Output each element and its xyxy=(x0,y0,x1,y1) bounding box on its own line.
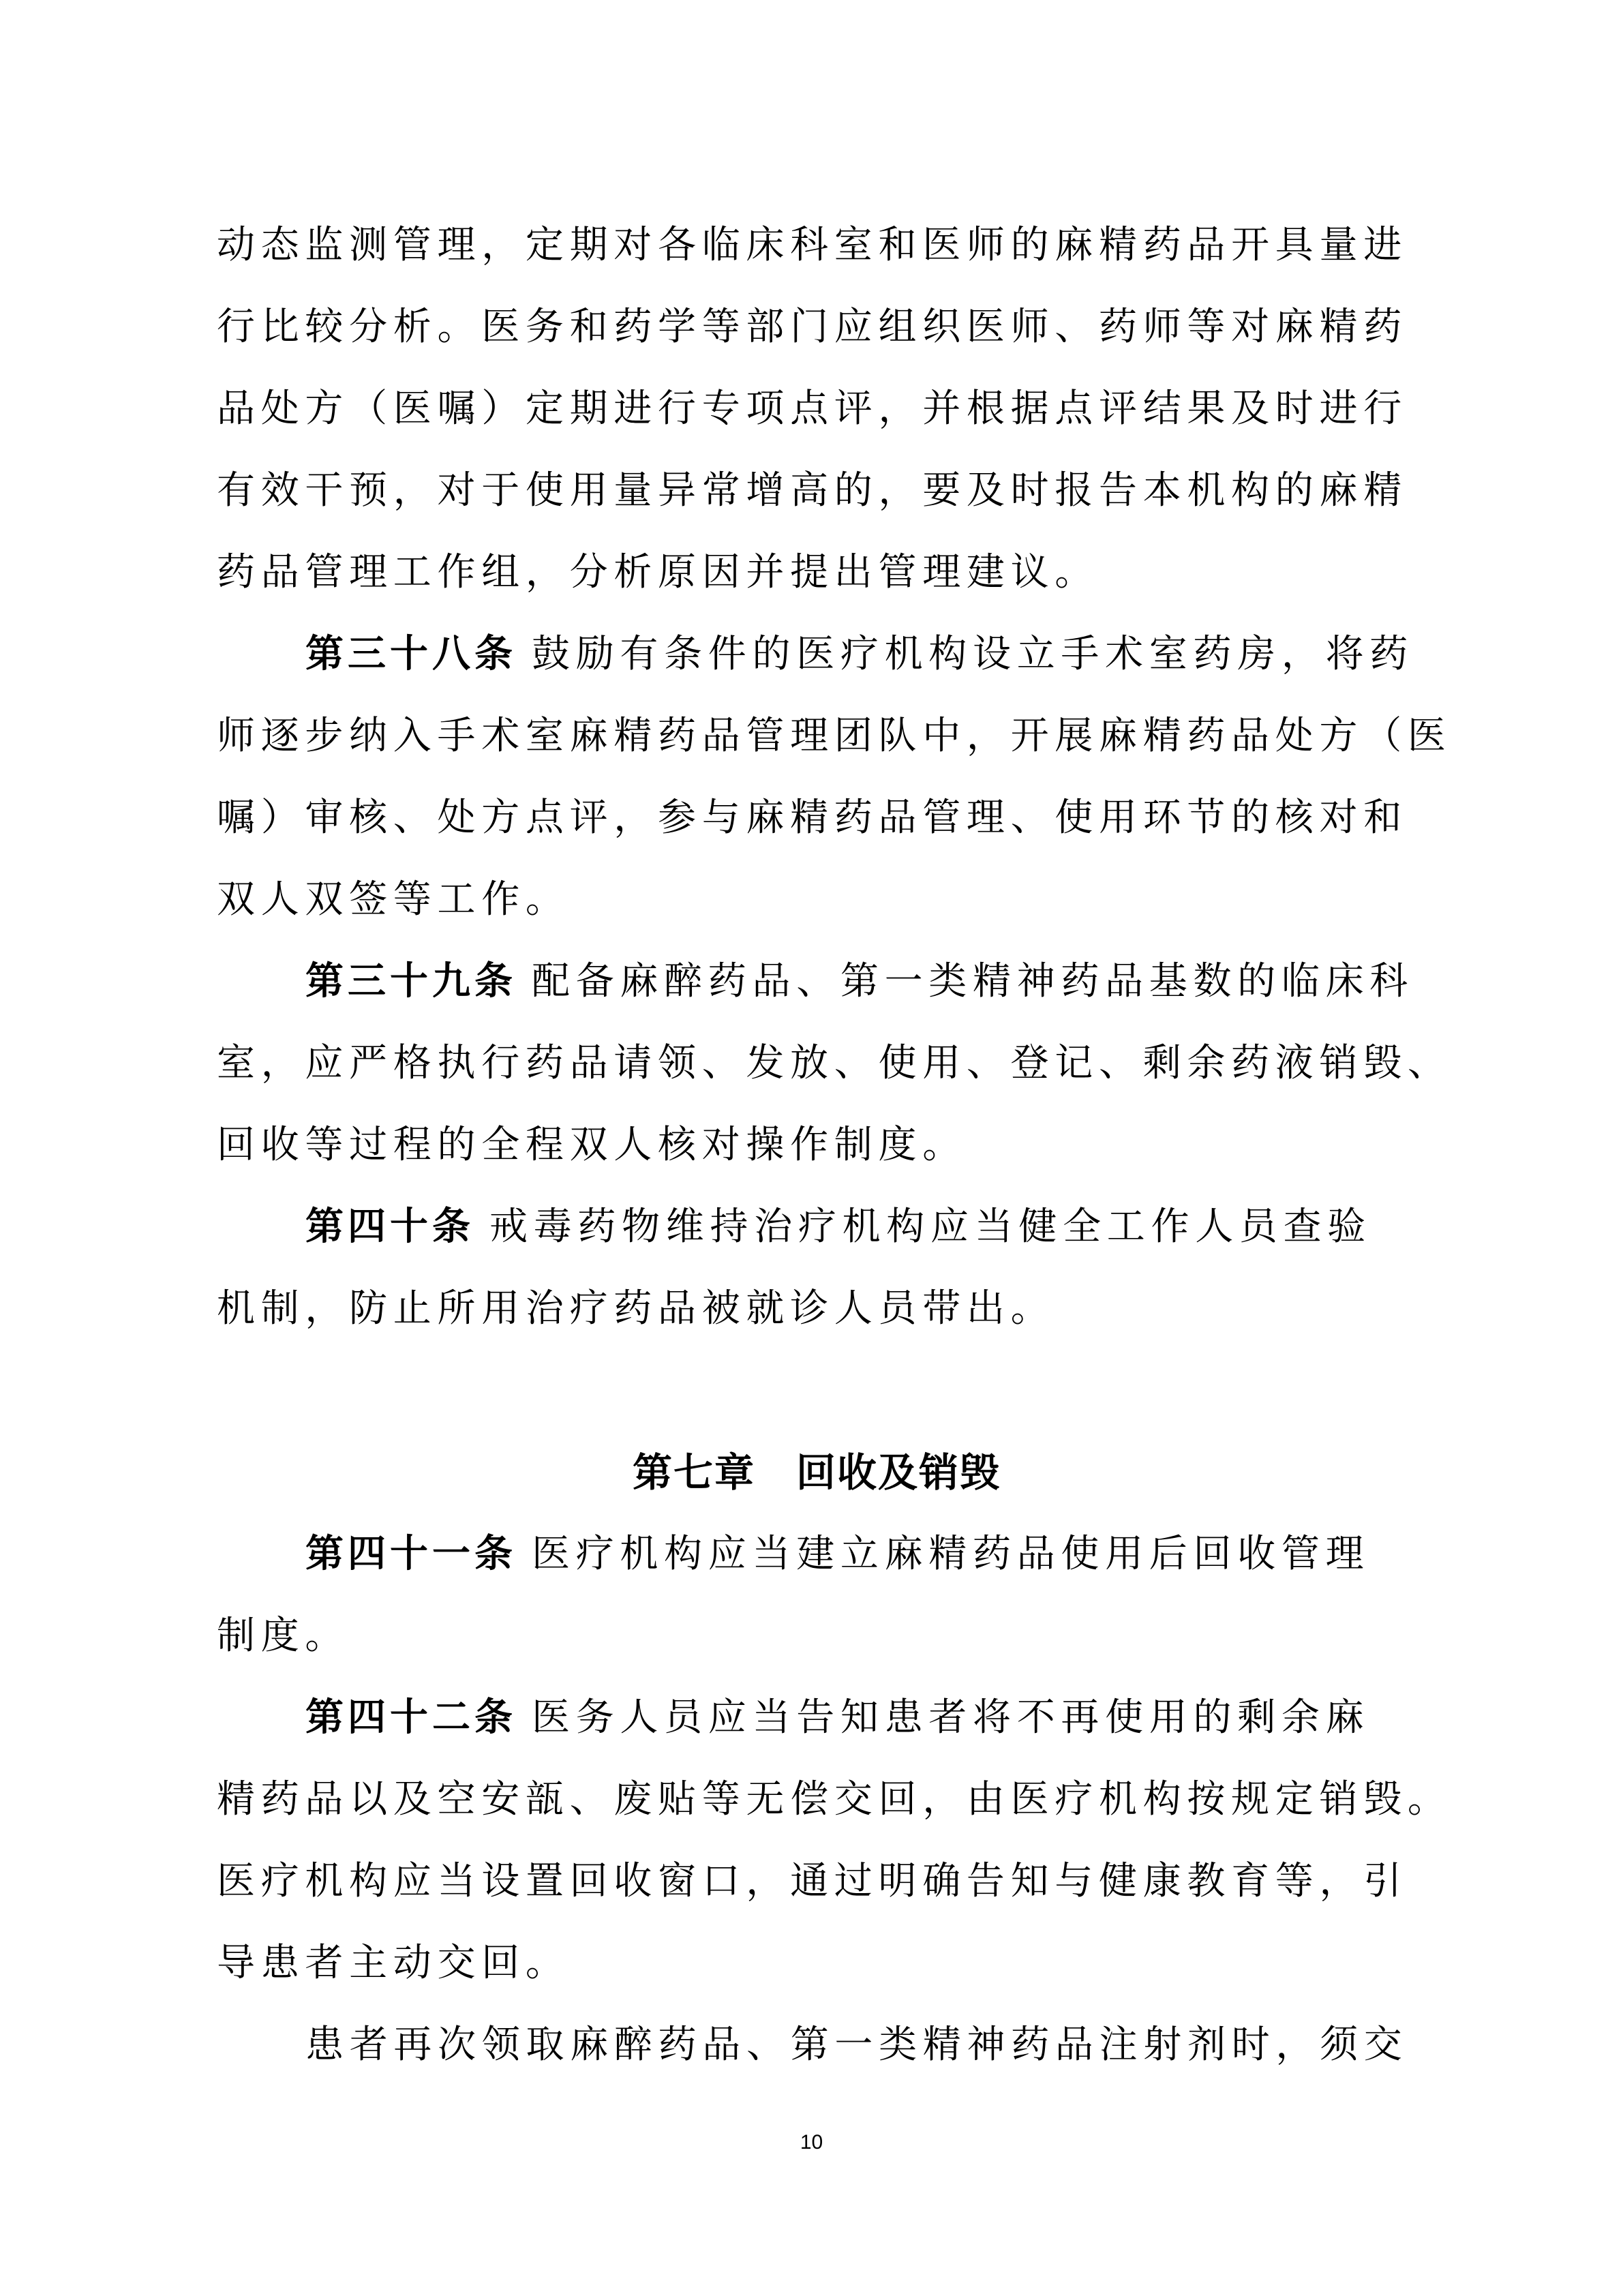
article-label: 第三十九条 xyxy=(305,959,517,1003)
article-first-line: 第四十一条医疗机构应当建立麻精药品使用后回收管理 xyxy=(217,1513,1416,1595)
text-line: 制度。 xyxy=(217,1595,1416,1677)
article-label: 第四十条 xyxy=(305,1205,474,1249)
article-first-line: 第四十二条医务人员应当告知患者将不再使用的剩余麻 xyxy=(217,1677,1416,1759)
article-text: 医务人员应当告知患者将不再使用的剩余麻 xyxy=(532,1695,1369,1740)
article-first-line: 第四十条戒毒药物维持治疗机构应当健全工作人员查验 xyxy=(217,1186,1416,1268)
text-line: 导患者主动交回。 xyxy=(217,1922,1416,2004)
article-label: 第三十八条 xyxy=(305,632,517,676)
text-line: 患者再次领取麻醉药品、第一类精神药品注射剂时，须交 xyxy=(217,2004,1416,2086)
text-line: 嘱）审核、处方点评，参与麻精药品管理、使用环节的核对和 xyxy=(217,777,1416,859)
article-text: 鼓励有条件的医疗机构设立手术室药房，将药 xyxy=(532,632,1414,676)
article-first-line: 第三十九条配备麻醉药品、第一类精神药品基数的临床科 xyxy=(217,941,1416,1023)
final-paragraph: 患者再次领取麻醉药品、第一类精神药品注射剂时，须交 xyxy=(217,2004,1416,2086)
article-text: 配备麻醉药品、第一类精神药品基数的临床科 xyxy=(532,959,1414,1003)
article-42: 第四十二条医务人员应当告知患者将不再使用的剩余麻 精药品以及空安瓿、废贴等无偿交… xyxy=(217,1677,1416,2004)
article-text: 医疗机构应当建立麻精药品使用后回收管理 xyxy=(532,1532,1369,1576)
article-label: 第四十二条 xyxy=(305,1695,517,1740)
article-41: 第四十一条医疗机构应当建立麻精药品使用后回收管理 制度。 xyxy=(217,1513,1416,1677)
continuation-paragraph: 动态监测管理，定期对各临床科室和医师的麻精药品开具量进 行比较分析。医务和药学等… xyxy=(217,205,1416,614)
text-line: 医疗机构应当设置回收窗口，通过明确告知与健康教育等，引 xyxy=(217,1841,1416,1922)
text-line: 品处方（医嘱）定期进行专项点评，并根据点评结果及时进行 xyxy=(217,368,1416,450)
text-line: 动态监测管理，定期对各临床科室和医师的麻精药品开具量进 xyxy=(217,205,1416,286)
section-spacer xyxy=(217,1350,1416,1432)
text-line: 师逐步纳入手术室麻精药品管理团队中，开展麻精药品处方（医 xyxy=(217,695,1416,777)
text-line: 药品管理工作组，分析原因并提出管理建议。 xyxy=(217,532,1416,614)
text-line: 行比较分析。医务和药学等部门应组织医师、药师等对麻精药 xyxy=(217,286,1416,368)
article-text: 戒毒药物维持治疗机构应当健全工作人员查验 xyxy=(489,1205,1371,1249)
article-39: 第三十九条配备麻醉药品、第一类精神药品基数的临床科 室，应严格执行药品请领、发放… xyxy=(217,941,1416,1186)
text-line: 有效干预，对于使用量异常增高的，要及时报告本机构的麻精 xyxy=(217,450,1416,532)
text-line: 机制，防止所用治疗药品被就诊人员带出。 xyxy=(217,1268,1416,1350)
article-40: 第四十条戒毒药物维持治疗机构应当健全工作人员查验 机制，防止所用治疗药品被就诊人… xyxy=(217,1186,1416,1350)
text-line: 双人双签等工作。 xyxy=(217,859,1416,941)
article-label: 第四十一条 xyxy=(305,1532,517,1576)
article-38: 第三十八条鼓励有条件的医疗机构设立手术室药房，将药 师逐步纳入手术室麻精药品管理… xyxy=(217,614,1416,941)
text-line: 室，应严格执行药品请领、发放、使用、登记、剩余药液销毁、 xyxy=(217,1023,1416,1104)
text-line: 精药品以及空安瓿、废贴等无偿交回，由医疗机构按规定销毁。 xyxy=(217,1759,1416,1841)
text-line: 回收等过程的全程双人核对操作制度。 xyxy=(217,1104,1416,1186)
chapter-heading: 第七章 回收及销毁 xyxy=(217,1432,1416,1513)
page-number: 10 xyxy=(0,2131,1623,2154)
document-page: 动态监测管理，定期对各临床科室和医师的麻精药品开具量进 行比较分析。医务和药学等… xyxy=(217,205,1416,2086)
article-first-line: 第三十八条鼓励有条件的医疗机构设立手术室药房，将药 xyxy=(217,614,1416,695)
